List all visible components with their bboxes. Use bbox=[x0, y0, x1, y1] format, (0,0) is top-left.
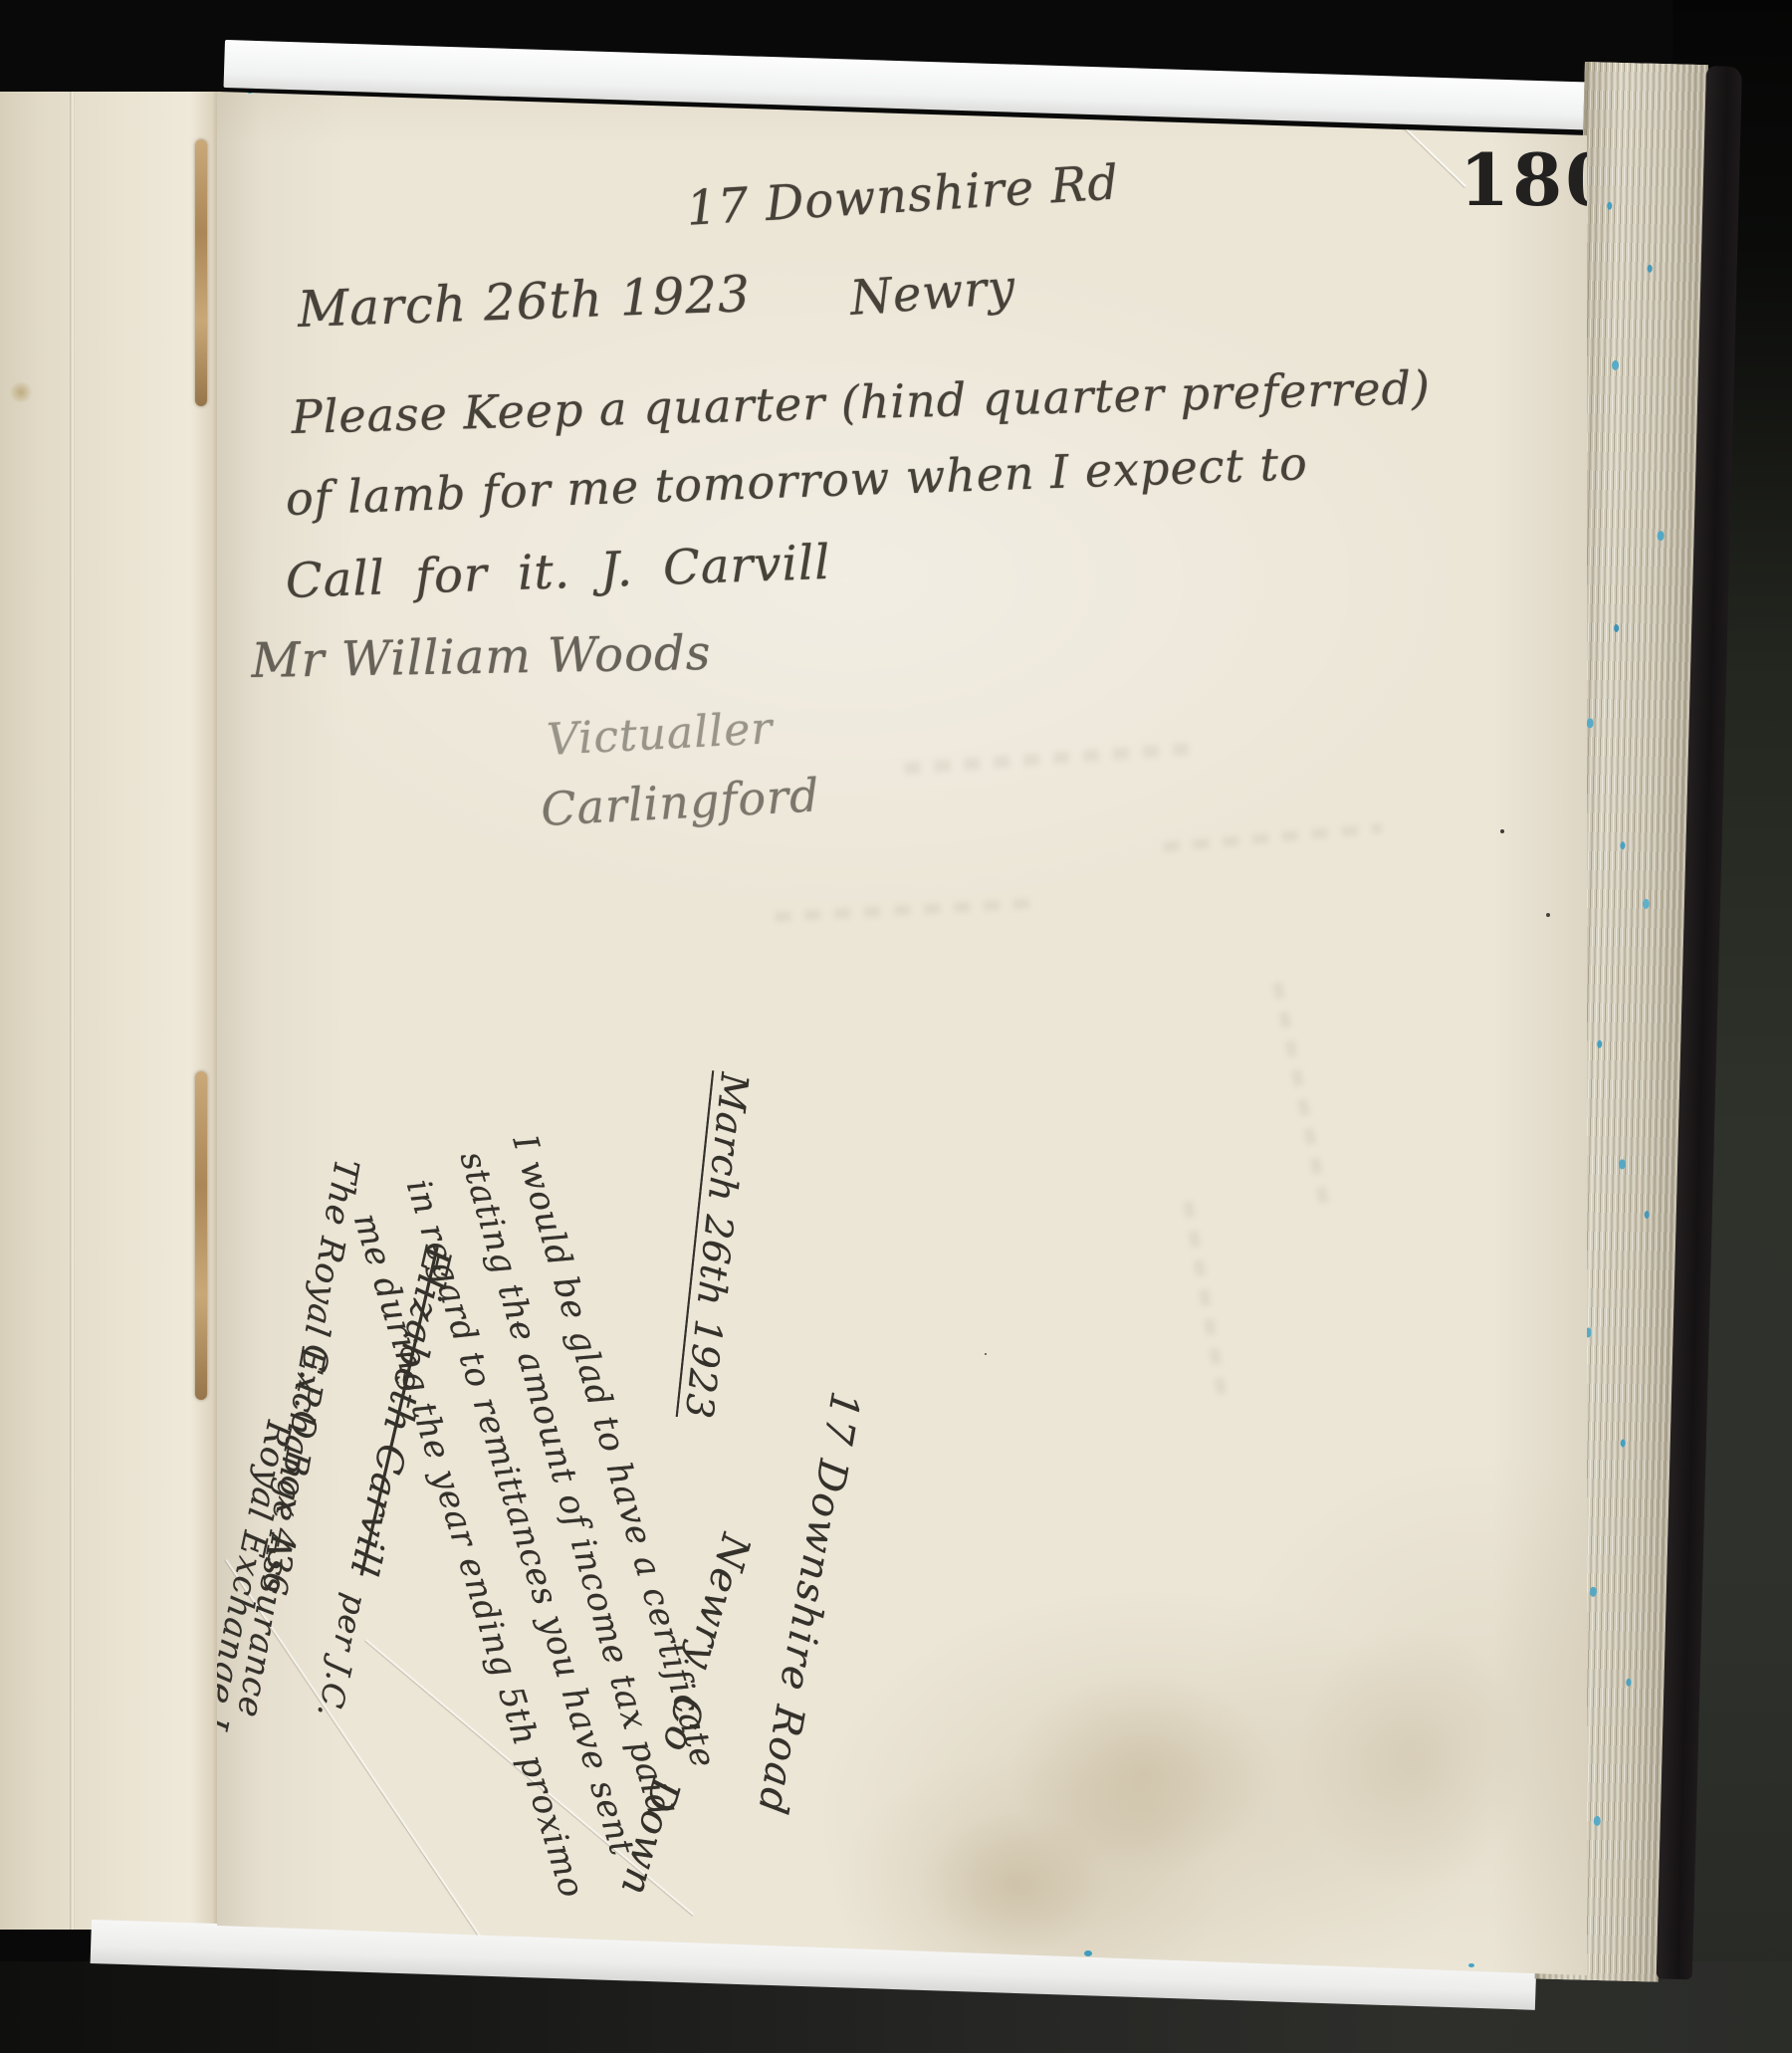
letter1-recipient-occupation: Victualler bbox=[546, 703, 775, 766]
letter1-address-line1: 17 Downshire Rd bbox=[685, 154, 1121, 236]
binding-stitch-thread-upper bbox=[195, 139, 207, 406]
letter1-recipient-name: Mr William Woods bbox=[251, 625, 712, 689]
paper-dark-specks bbox=[1500, 829, 1504, 833]
notebook-page: 180 17 Downshire Rd Newry March 26th 192… bbox=[217, 86, 1587, 1989]
letter1-address-line2: Newry bbox=[848, 259, 1017, 326]
ink-showthrough-mark bbox=[1163, 823, 1382, 852]
paper-stain bbox=[1292, 1619, 1531, 1898]
photographed-letterbook: { "page": { "number": "180" }, "letter_t… bbox=[0, 0, 1792, 2053]
letter2-signature-per: per J.C. bbox=[310, 1590, 375, 1721]
ink-showthrough-mark bbox=[775, 898, 1033, 922]
left-page-fold-line bbox=[70, 92, 75, 1930]
letter2-address-line1: 17 Downshire Road bbox=[749, 1388, 868, 1819]
paper-stain bbox=[914, 1808, 1113, 1957]
left-page-stain bbox=[8, 382, 34, 402]
letter1-body-line3-with-signature: Call for it. J. Carvill bbox=[285, 535, 831, 609]
ink-showthrough-mark bbox=[1183, 1201, 1229, 1409]
letter1-recipient-town: Carlingford bbox=[540, 768, 821, 836]
ink-showthrough-mark bbox=[904, 742, 1203, 775]
letter1-body-line2: of lamb for me tomorrow when I expect to bbox=[285, 436, 1309, 526]
letter2-date: March 26th 1923 bbox=[677, 1070, 757, 1421]
left-page-edge bbox=[0, 92, 221, 1930]
letter1-body-line1: Please Keep a quarter (hind quarter pref… bbox=[291, 360, 1432, 444]
paper-crease bbox=[1397, 119, 1466, 187]
letter1-date: March 26th 1923 bbox=[297, 265, 752, 339]
binding-stitch-thread-lower bbox=[195, 1071, 207, 1400]
fore-edge-blue-speckles bbox=[1607, 202, 1612, 210]
ink-showthrough-mark bbox=[1272, 982, 1332, 1218]
